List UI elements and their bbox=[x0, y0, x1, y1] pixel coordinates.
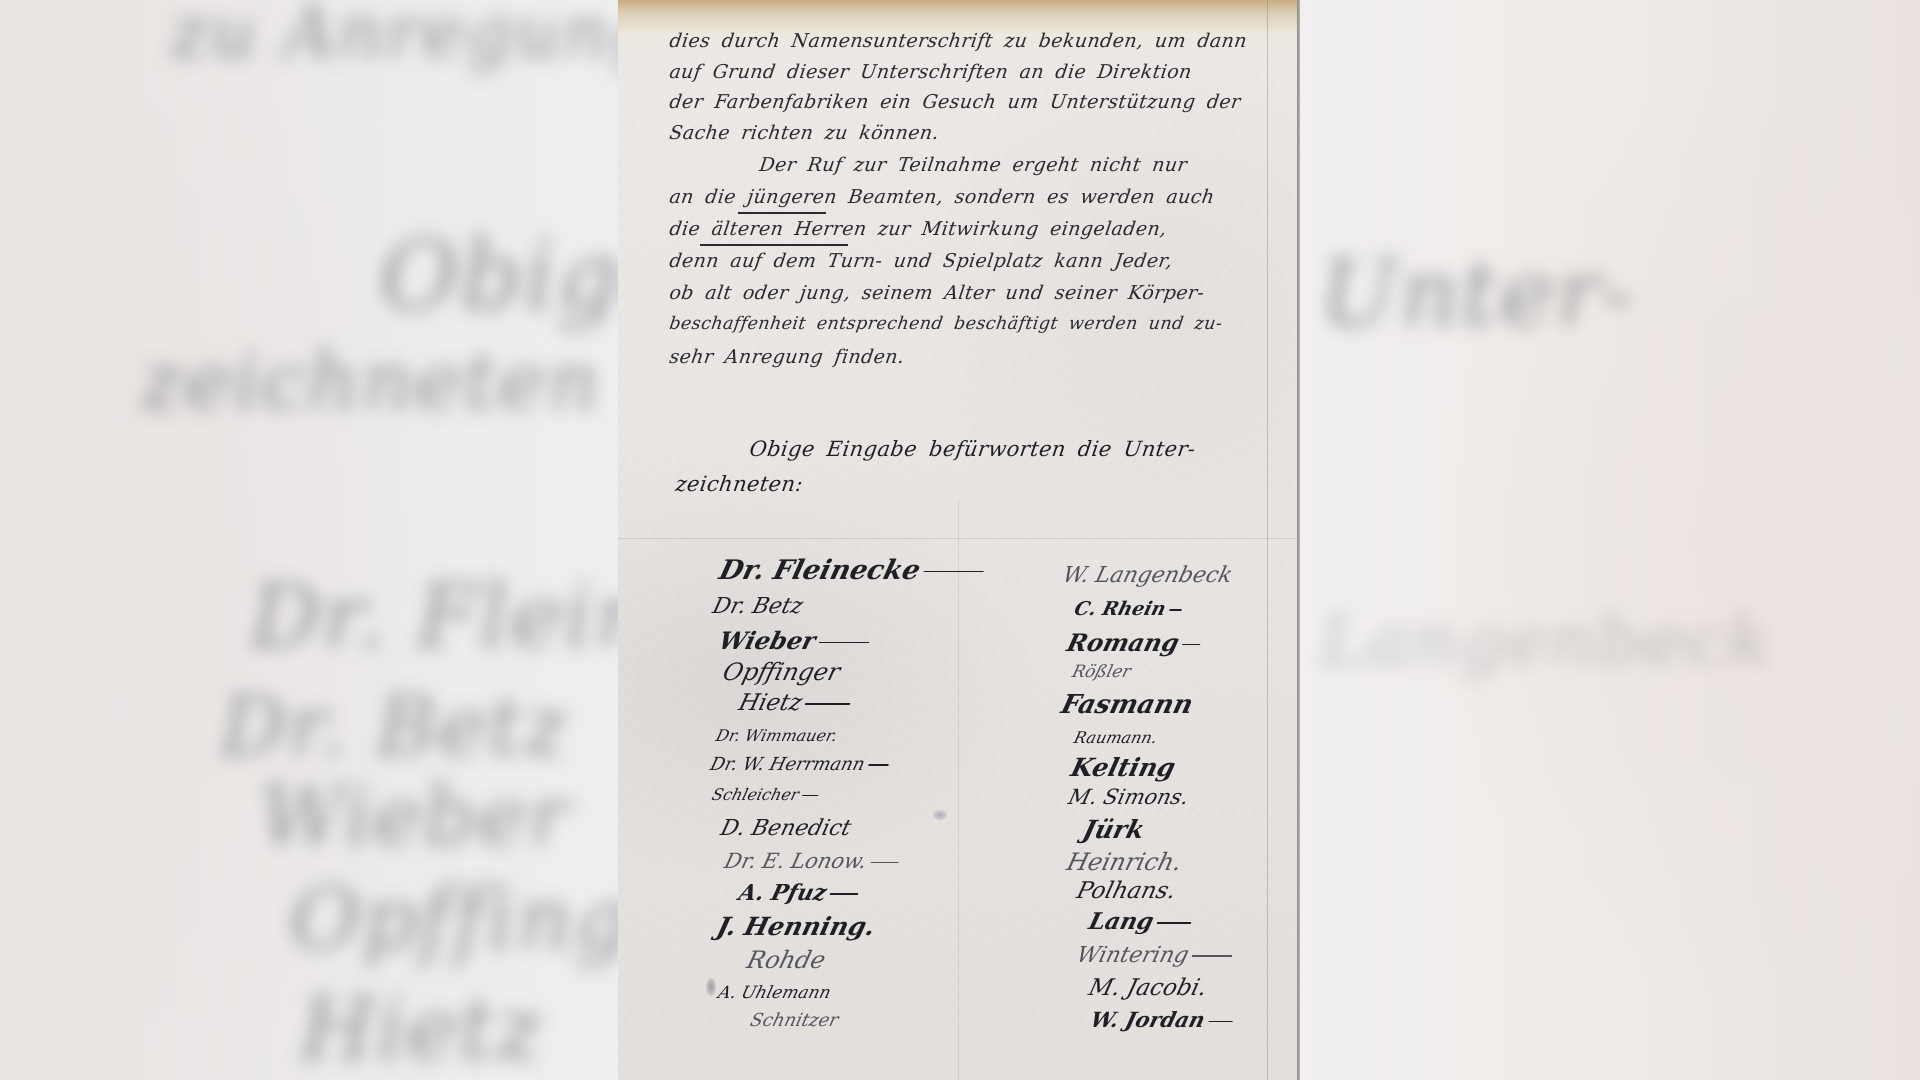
text-line: beschaffenheit entsprechend beschäftigt … bbox=[668, 314, 1224, 334]
signature: Polhans. bbox=[1074, 878, 1179, 904]
signature: J. Henning. bbox=[714, 912, 878, 941]
margin-rule bbox=[1267, 0, 1268, 1080]
text-line: ob alt oder jung, seinem Alter und seine… bbox=[668, 282, 1206, 304]
document-page: dies durch Namensunterschrift zu bekunde… bbox=[618, 0, 1300, 1080]
bg-fragment: Hietz bbox=[300, 980, 543, 1080]
signature: Dr. E. Lonow. bbox=[722, 849, 901, 873]
underline-mark bbox=[700, 244, 848, 246]
bg-fragment: Wieber bbox=[260, 770, 570, 865]
signature: C. Rhein bbox=[1072, 598, 1184, 620]
text-line: sehr Anregung finden. bbox=[668, 346, 906, 368]
signature: Schleicher bbox=[710, 785, 821, 804]
signature: Heinrich. bbox=[1064, 848, 1185, 876]
text-line: dies durch Namensunterschrift zu bekunde… bbox=[668, 30, 1249, 52]
closing-heading-continued: zeichneten: bbox=[674, 472, 805, 496]
closing-heading: Obige Eingabe befürworten die Unter- bbox=[748, 437, 1197, 461]
signature: Schnitzer bbox=[748, 1010, 841, 1031]
signature: M. Jacobi. bbox=[1086, 975, 1210, 1001]
text-line: denn auf dem Turn- und Spielplatz kann J… bbox=[668, 250, 1174, 272]
signature: Rößler bbox=[1070, 662, 1133, 682]
signature: Wieber bbox=[716, 626, 873, 655]
signature: Raumann. bbox=[1072, 728, 1159, 747]
signature: D. Benedict bbox=[718, 816, 854, 841]
page-fold-vertical bbox=[958, 500, 959, 1080]
signature: Lang bbox=[1086, 908, 1195, 935]
signature: Dr. Betz bbox=[710, 594, 806, 619]
text-line-underlined-young: an die jüngeren Beamten, sondern es werd… bbox=[668, 186, 1216, 208]
signature: Dr. Fleinecke bbox=[716, 555, 988, 586]
text-line: Der Ruf zur Teilnahme ergeht nicht nur bbox=[758, 154, 1189, 176]
text-line: Sache richten zu können. bbox=[668, 122, 941, 144]
signature: Dr. Wimmauer. bbox=[714, 726, 840, 745]
signature: Romang bbox=[1064, 628, 1204, 657]
bg-fragment: Dr. Betz bbox=[220, 680, 569, 775]
text-line: an die jüngeren Beamten, sondern es werd… bbox=[668, 186, 1216, 208]
bg-fragment: Unter- bbox=[1320, 240, 1635, 347]
bg-fragment: zu Anregung bbox=[170, 0, 660, 74]
signature: Rohde bbox=[744, 946, 829, 974]
signature: Kelting bbox=[1068, 753, 1179, 782]
ink-blot bbox=[706, 978, 716, 996]
signature: W. Langenbeck bbox=[1060, 563, 1235, 588]
text-line: die älteren Herren zur Mitwirkung eingel… bbox=[668, 218, 1168, 240]
signature: A. Pfuz bbox=[736, 880, 861, 906]
signature: Fasmann bbox=[1058, 690, 1196, 720]
underline-mark bbox=[738, 212, 826, 214]
signature: Dr. W. Herrmann bbox=[708, 754, 891, 775]
text-line: der Farbenfabriken ein Gesuch um Unterst… bbox=[668, 91, 1242, 113]
page-fold-horizontal bbox=[618, 538, 1300, 539]
ink-spot bbox=[933, 810, 947, 820]
bg-fragment: Langenbeck bbox=[1320, 600, 1772, 682]
bg-fragment: zeichneten bbox=[140, 335, 601, 428]
signature: A. Uhlemann bbox=[716, 983, 833, 1003]
signature: W. Jordan bbox=[1088, 1007, 1236, 1032]
page-edge bbox=[1297, 0, 1300, 1080]
signature: Opffinger bbox=[720, 658, 843, 686]
signature: Jürk bbox=[1080, 815, 1148, 844]
text-line: auf Grund dieser Unterschriften an die D… bbox=[668, 61, 1193, 83]
text-line-underlined-elder: die älteren Herren zur Mitwirkung eingel… bbox=[668, 218, 1168, 240]
signature: Hietz bbox=[736, 690, 854, 716]
signature: Wintering bbox=[1074, 943, 1235, 968]
signature: M. Simons. bbox=[1066, 785, 1191, 809]
